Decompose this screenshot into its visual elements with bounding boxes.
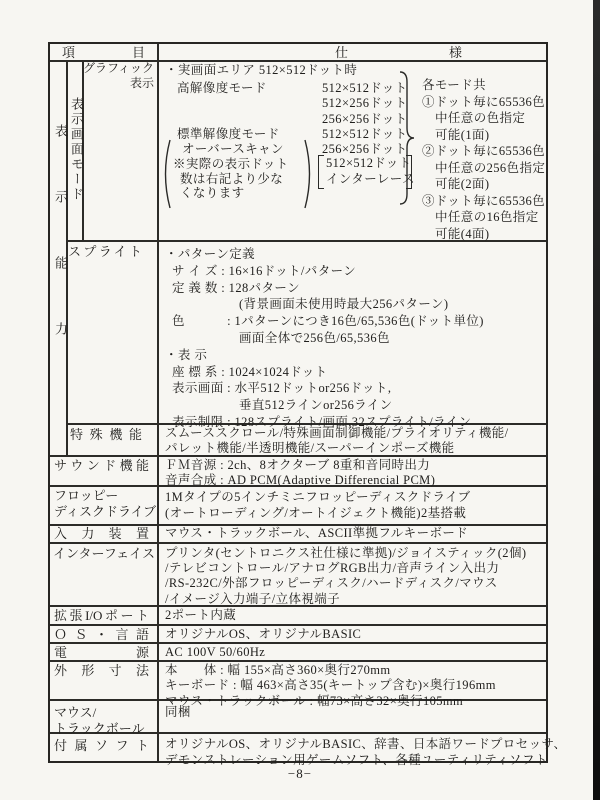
spec-input-devices: マウス・トラックボール、ASCII準拠フルキーボード xyxy=(165,526,468,541)
spec-floppy-disk-drive: 1Mタイプの5インチミニフロッピーディスクドライブ (オートローディング/オート… xyxy=(165,489,471,521)
spec-std-res-values: 512×512ドット 256×256ドット xyxy=(322,127,408,158)
item-label-bundled-software: 付属ソフト xyxy=(54,738,149,753)
spec-os-language: オリジナルOS、オリジナルBASIC xyxy=(165,627,361,642)
spec-real-screen-area: ・実画面エリア 512×512ドット時 xyxy=(165,63,357,78)
item-label-dimensions: 外形寸法 xyxy=(54,663,149,678)
row-label-display-screen-mode: 表示画面モード xyxy=(67,97,86,202)
table-grid-line xyxy=(50,624,546,626)
spec-std-res-label: 標準解像度モード xyxy=(177,127,280,142)
spec-special-functions: スムーススクロール/特殊画面制御機能/プライオリティ機能/ パレット機能/半透明… xyxy=(165,426,509,457)
item-label-special-functions: 特殊機能 xyxy=(70,427,142,442)
spec-mode-color-notes: 各モード共 ①ドット毎に65536色 中任意の色指定 可能(1面) ②ドット毎に… xyxy=(422,77,545,242)
table-grid-line xyxy=(157,44,159,761)
spec-high-res-label: 高解像度モード xyxy=(177,81,267,96)
scanned-spec-document: 項目 仕様 表示能力 表示画面モード グラフィック 表示 ・実画面エリア 512… xyxy=(0,0,600,800)
item-label-input-devices: 入力装置 xyxy=(54,526,149,541)
item-label-power-supply: 電源 xyxy=(54,645,149,660)
table-grid-line xyxy=(50,660,546,662)
spec-sound-function: ＦＭ音源 : 2ch、8オクターブ 8重和音同時出力 音声合成 : AD PCM… xyxy=(165,458,435,489)
item-label-sprite: スプライト xyxy=(68,244,142,259)
spec-dimensions: 本 体 : 幅 155×高さ360×奥行270mm キーボード : 幅 463×… xyxy=(165,663,496,709)
spec-bundled-software: オリジナルOS、オリジナルBASIC、辞書、日本語ワードプロセッサ、 デモンスト… xyxy=(165,737,566,768)
spec-sprite: ・パターン定義 サ イ ズ : 16×16ドット/パターン 定 義 数 : 12… xyxy=(165,246,484,431)
item-label-os-language: ＯＳ・言語 xyxy=(54,627,149,642)
header-spec-column: 仕様 xyxy=(157,45,546,60)
spec-high-res-values: 512×512ドット 512×256ドット 256×256ドット xyxy=(322,81,408,127)
item-label-interfaces: インターフェイス xyxy=(53,546,150,561)
item-label-mouse-trackball: マウス/ トラックボール xyxy=(54,705,144,736)
spec-power-supply: AC 100V 50/60Hz xyxy=(165,645,265,660)
big-paren-left xyxy=(160,139,172,209)
spec-overscan-note: オーバースキャン ※実際の表示ドット 数は右記より少な くなります xyxy=(168,142,289,201)
spec-expansion-io-port: 2ポート内蔵 xyxy=(165,608,236,623)
scan-edge-shadow xyxy=(593,0,600,800)
page-number: −8− xyxy=(0,766,600,782)
spec-mouse-trackball: 同梱 xyxy=(165,705,191,720)
item-label-floppy-disk-drive: フロッピー ディスクドライブ xyxy=(54,488,156,519)
table-grid-line xyxy=(50,542,546,544)
spec-interfaces: プリンタ(セントロニクス社仕様に準拠)/ジョイスティック(2個) /テレビコント… xyxy=(165,546,526,607)
spec-table: 項目 仕様 表示能力 表示画面モード グラフィック 表示 ・実画面エリア 512… xyxy=(48,42,548,763)
header-item-column: 項目 xyxy=(50,45,157,60)
big-brace-right xyxy=(399,71,415,205)
bracket-left xyxy=(318,155,324,189)
item-label-sound-function: サウンド機能 xyxy=(54,458,149,473)
big-paren-right xyxy=(303,139,315,209)
item-graphic-display: グラフィック 表示 xyxy=(83,61,154,91)
item-label-expansion-io-port: 拡張I/Oポート xyxy=(54,608,149,623)
